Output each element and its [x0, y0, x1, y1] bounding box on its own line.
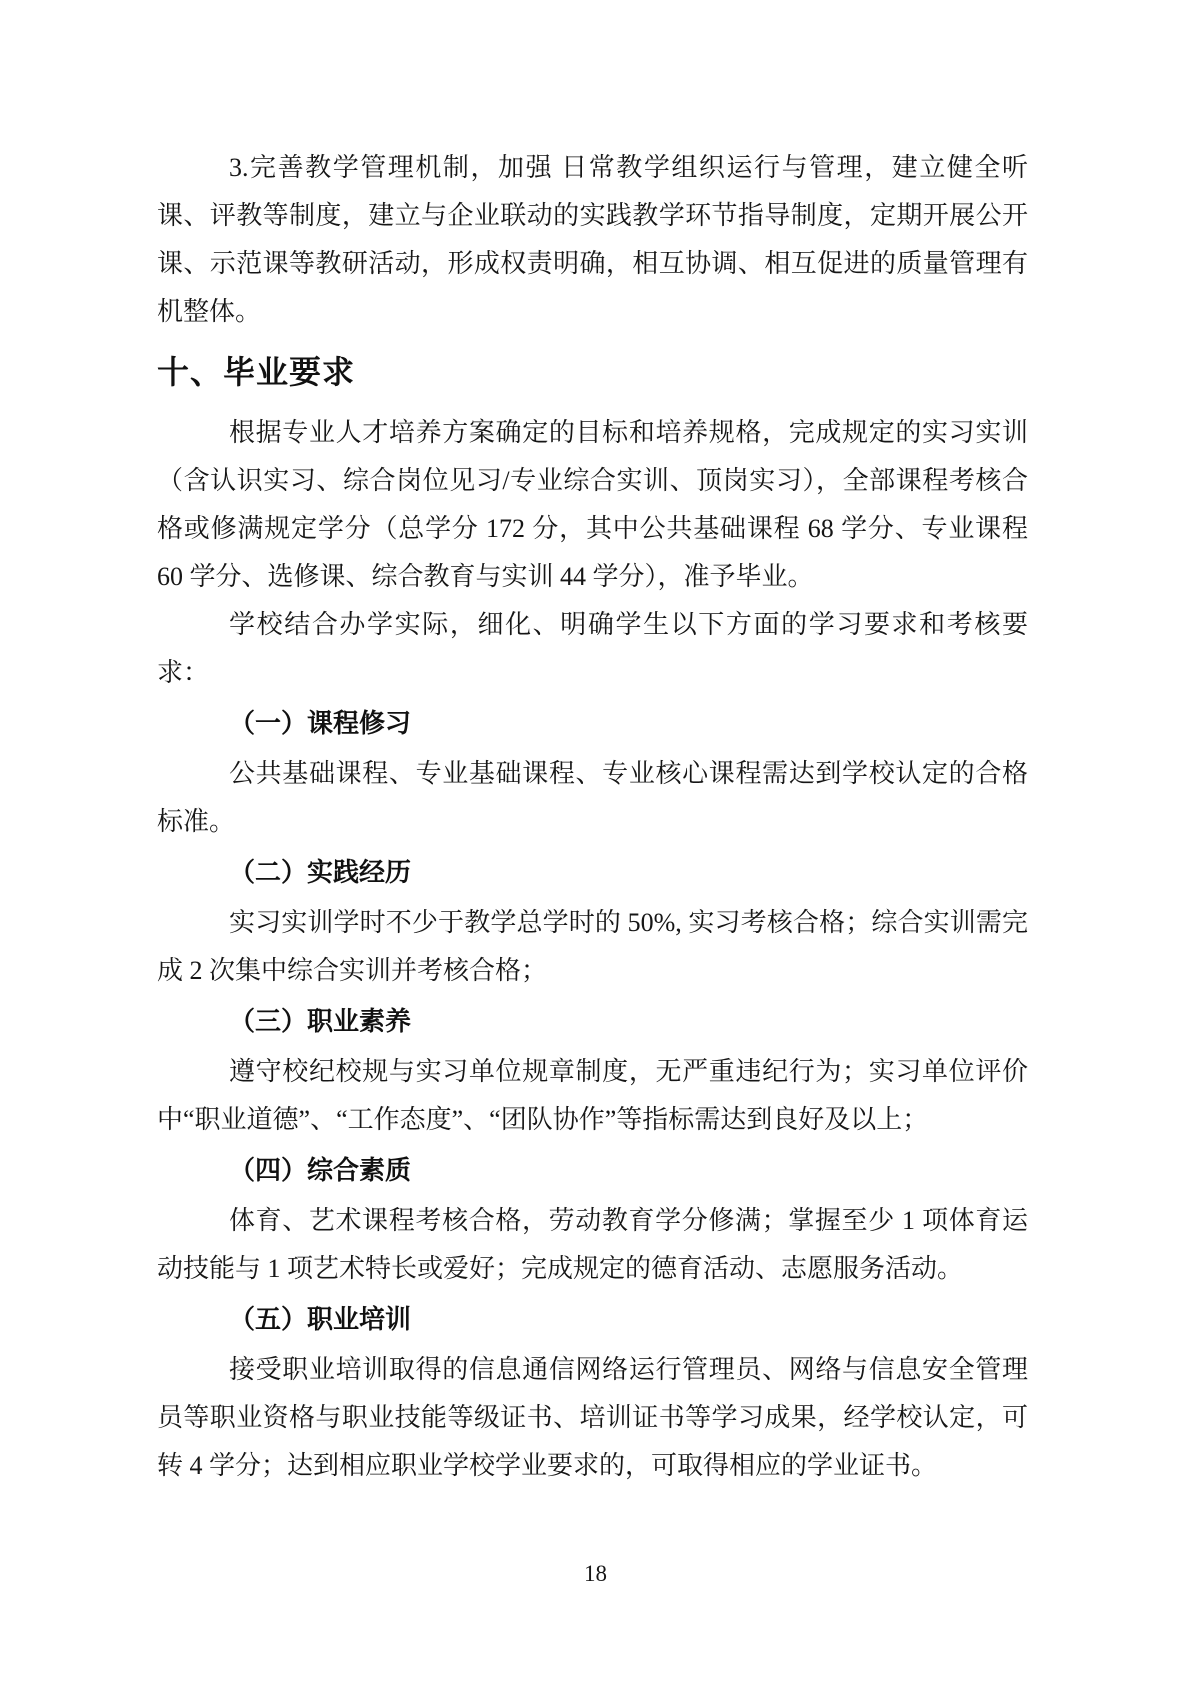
subsection-course-study: （一）课程修习 公共基础课程、专业基础课程、专业核心课程需达到学校认定的合格标准…	[157, 700, 1028, 846]
requirements-intro-paragraph: 学校结合办学实际，细化、明确学生以下方面的学习要求和考核要求：	[157, 601, 1028, 697]
subsection-body: 体育、艺术课程考核合格，劳动教育学分修满；掌握至少 1 项体育运动技能与 1 项…	[157, 1197, 1028, 1293]
section-heading-graduation-requirements: 十、毕业要求	[157, 347, 1028, 397]
page-number: 18	[0, 1561, 1191, 1587]
subsection-heading: （四）综合素质	[157, 1147, 1028, 1195]
subsection-heading: （一）课程修习	[157, 700, 1028, 748]
subsection-vocational-training: （五）职业培训 接受职业培训取得的信息通信网络运行管理员、网络与信息安全管理员等…	[157, 1296, 1028, 1490]
document-page: 3.完善教学管理机制，加强 日常教学组织运行与管理，建立健全听课、评教等制度，建…	[0, 0, 1191, 1684]
subsection-body: 公共基础课程、专业基础课程、专业核心课程需达到学校认定的合格标准。	[157, 750, 1028, 846]
subsection-professional-quality: （三）职业素养 遵守校纪校规与实习单位规章制度，无严重违纪行为；实习单位评价中“…	[157, 998, 1028, 1144]
intro-paragraph: 3.完善教学管理机制，加强 日常教学组织运行与管理，建立健全听课、评教等制度，建…	[157, 144, 1028, 336]
subsection-body: 接受职业培训取得的信息通信网络运行管理员、网络与信息安全管理员等职业资格与职业技…	[157, 1346, 1028, 1490]
subsection-body: 实习实训学时不少于教学总学时的 50%, 实习考核合格；综合实训需完成 2 次集…	[157, 899, 1028, 995]
subsection-comprehensive-quality: （四）综合素质 体育、艺术课程考核合格，劳动教育学分修满；掌握至少 1 项体育运…	[157, 1147, 1028, 1293]
overview-paragraph: 根据专业人才培养方案确定的目标和培养规格，完成规定的实习实训（含认识实习、综合岗…	[157, 409, 1028, 601]
document-content: 3.完善教学管理机制，加强 日常教学组织运行与管理，建立健全听课、评教等制度，建…	[157, 144, 1028, 1490]
subsection-heading: （二）实践经历	[157, 849, 1028, 897]
subsection-heading: （五）职业培训	[157, 1296, 1028, 1344]
subsection-practice-experience: （二）实践经历 实习实训学时不少于教学总学时的 50%, 实习考核合格；综合实训…	[157, 849, 1028, 995]
subsection-heading: （三）职业素养	[157, 998, 1028, 1046]
subsection-body: 遵守校纪校规与实习单位规章制度，无严重违纪行为；实习单位评价中“职业道德”、“工…	[157, 1048, 1028, 1144]
